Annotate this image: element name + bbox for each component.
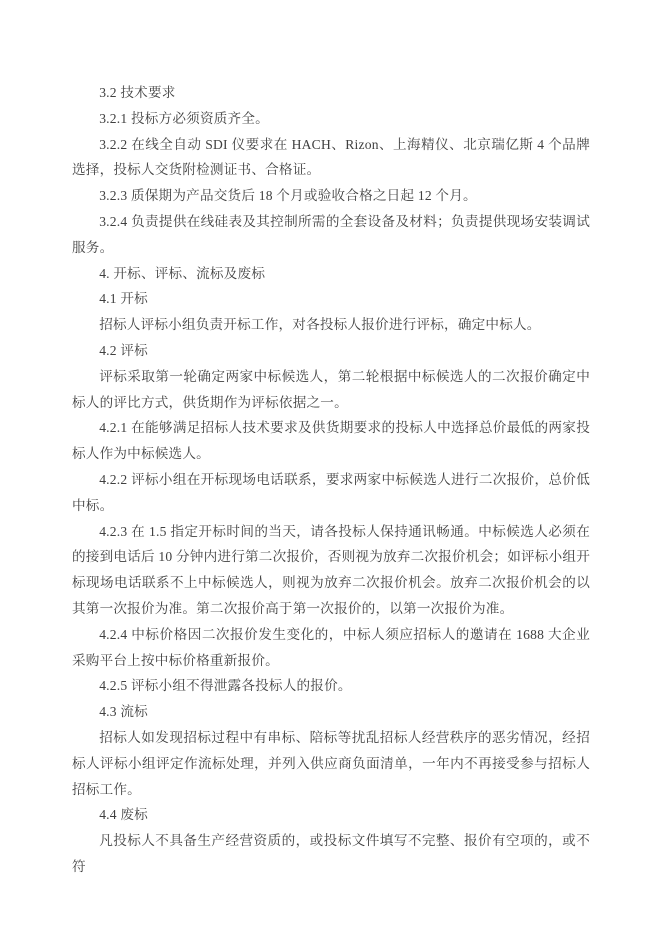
paragraph: 4.2.1 在能够满足招标人技术要求及供货期要求的投标人中选择总价最低的两家投标… [72,415,590,467]
paragraph: 4.2.3 在 1.5 指定开标时间的当天，请各投标人保持通讯畅通。中标候选人必… [72,519,590,622]
paragraph: 招标人评标小组负责开标工作，对各投标人报价进行评标，确定中标人。 [72,312,590,338]
paragraph: 4.2 评标 [72,338,590,364]
paragraph: 3.2.4 负责提供在线硅表及其控制所需的全套设备及材料；负责提供现场安装调试服… [72,209,590,261]
paragraph: 评标采取第一轮确定两家中标候选人，第二轮根据中标候选人的二次报价确定中标人的评比… [72,364,590,416]
paragraph: 招标人如发现招标过程中有串标、陪标等扰乱招标人经营秩序的恶劣情况，经招标人评标小… [72,725,590,802]
paragraph: 4.1 开标 [72,286,590,312]
paragraph: 3.2.1 投标方必须资质齐全。 [72,106,590,132]
paragraph: 4.2.2 评标小组在开标现场电话联系，要求两家中标候选人进行二次报价，总价低中… [72,467,590,519]
paragraph: 4.3 流标 [72,699,590,725]
paragraph: 3.2.3 质保期为产品交货后 18 个月或验收合格之日起 12 个月。 [72,183,590,209]
document-body: 3.2 技术要求3.2.1 投标方必须资质齐全。3.2.2 在线全自动 SDI … [72,80,590,880]
paragraph: 4.2.5 评标小组不得泄露各投标人的报价。 [72,673,590,699]
paragraph: 4.4 废标 [72,802,590,828]
document-page: 3.2 技术要求3.2.1 投标方必须资质齐全。3.2.2 在线全自动 SDI … [0,0,662,936]
paragraph: 4. 开标、评标、流标及废标 [72,261,590,287]
paragraph: 3.2 技术要求 [72,80,590,106]
paragraph: 4.2.4 中标价格因二次报价发生变化的，中标人须应招标人的邀请在 1688 大… [72,622,590,674]
paragraph: 3.2.2 在线全自动 SDI 仪要求在 HACH、Rizon、上海精仪、北京瑞… [72,132,590,184]
paragraph: 凡投标人不具备生产经营资质的，或投标文件填写不完整、报价有空项的，或不符 [72,828,590,880]
